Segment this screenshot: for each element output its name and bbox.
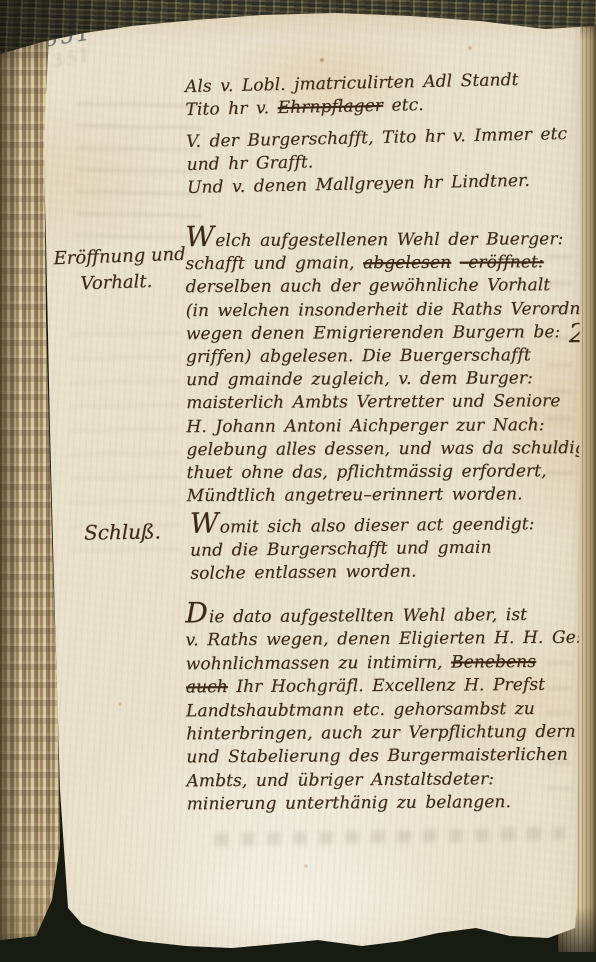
text-line: Landtshaubtmann etc. gehorsambst zu bbox=[186, 697, 582, 723]
text-line: v. Raths wegen, denen Eligierten H. H. G… bbox=[185, 627, 581, 653]
text-segment: minierung unterthänig zu belangen. bbox=[187, 792, 511, 814]
struck-text: abgelesen bbox=[363, 253, 451, 273]
text-segment: ie dato aufgestellten Wehl aber, ist bbox=[209, 605, 527, 627]
margin-note-line: Eröffnung und bbox=[53, 244, 186, 270]
text-segment: Ambts, und übriger Anstaltsdeter: bbox=[186, 769, 494, 791]
text-segment: solche entlassen worden. bbox=[190, 561, 416, 583]
text-line: Die dato aufgestellten Wehl aber, ist bbox=[185, 599, 581, 630]
text-line: wohnlichmassen zu intimirn, Benebens bbox=[186, 650, 582, 676]
text-line: auch Ihr Hochgräfl. Excellenz H. Prefst bbox=[186, 674, 582, 700]
text-segment: wegen denen Emigrierenden Burgern be: bbox=[186, 322, 569, 344]
show-through-ghost bbox=[76, 96, 202, 246]
text-line: (in welchen insonderheit die Raths Veror… bbox=[186, 297, 596, 322]
text-segment bbox=[451, 253, 460, 273]
address-block: Als v. Lobl. jmatriculirten Adl StandtTi… bbox=[185, 68, 569, 200]
text-line: schafft und gmain, abgelesen –eröffnet: bbox=[185, 251, 596, 276]
initial-letter: D bbox=[185, 596, 208, 629]
text-line: Womit sich also dieser act geendigt: bbox=[190, 508, 535, 540]
text-line: und Stabelierung des Burgermaisterlichen bbox=[186, 744, 582, 770]
text-line: und die Burgerschafft und gmain bbox=[190, 536, 535, 563]
margin-note-schluss: Schluß. bbox=[84, 519, 161, 544]
struck-text: –eröffnet: bbox=[460, 252, 544, 272]
text-line: Ambts, und übriger Anstaltsdeter: bbox=[186, 767, 582, 793]
text-segment: Tito hr v. bbox=[185, 98, 278, 120]
text-segment: griffen) abgelesen. Die Buergerschafft bbox=[186, 345, 531, 367]
text-segment: gelebung alles dessen, und was da schuld… bbox=[186, 438, 591, 460]
struck-text: auch bbox=[186, 677, 228, 697]
text-segment: wohnlichmassen zu intimirn, bbox=[186, 652, 451, 674]
text-segment: Ihr Hochgräfl. Excellenz H. Prefst bbox=[228, 675, 545, 697]
struck-text: Benebens bbox=[451, 652, 536, 673]
margin-note-line: Vorhalt. bbox=[80, 270, 187, 295]
text-line: hinterbringen, auch zur Verpflichtung de… bbox=[186, 721, 582, 747]
margin-note-eroeffnung-vorhalt: Eröffnung und Vorhalt. bbox=[53, 244, 187, 296]
text-line: griffen) abgelesen. Die Buergerschafft bbox=[186, 344, 596, 369]
text-segment: H. Johann Antoni Aichperger zur Nach: bbox=[186, 415, 544, 437]
initial-letter: W bbox=[190, 507, 219, 540]
text-segment: Landtshaubtmann etc. gehorsambst zu bbox=[186, 699, 535, 721]
eroeffnung-block: Welch aufgestellenen Wehl der Buerger:sc… bbox=[185, 223, 596, 509]
text-line: minierung unterthänig zu belangen. bbox=[187, 791, 583, 817]
text-segment: schafft und gmain, bbox=[185, 253, 363, 274]
text-segment: hinterbringen, auch zur Verpflichtung de… bbox=[186, 722, 576, 745]
text-line: Welch aufgestellenen Wehl der Buerger: bbox=[185, 223, 596, 253]
text-segment: (in welchen insonderheit die Raths Veror… bbox=[186, 298, 596, 320]
text-line: Mündtlich angetreu–erinnert worden. bbox=[187, 483, 596, 508]
struck-text: Ehrnpflager bbox=[277, 96, 383, 118]
text-line: und gmainde zugleich, v. dem Burger: bbox=[186, 367, 596, 392]
text-line: solche entlassen worden. bbox=[190, 559, 535, 586]
text-segment: Mündtlich angetreu–erinnert worden. bbox=[187, 485, 523, 507]
text-segment: und Stabelierung des Burgermaisterlichen bbox=[186, 745, 568, 768]
manuscript-page: 351 351 Eröffnung und Vorhalt. Schluß. A… bbox=[0, 0, 596, 962]
text-line: derselben auch der gewöhnliche Vorhalt bbox=[186, 274, 596, 299]
text-line: maisterlich Ambts Vertretter und Seniore bbox=[186, 390, 596, 415]
initial-letter: W bbox=[185, 220, 214, 253]
text-segment: etc. bbox=[383, 95, 424, 116]
text-segment: v. Raths wegen, denen Eligierten H. H. G… bbox=[185, 628, 581, 651]
resolution-block: Die dato aufgestellten Wehl aber, istv. … bbox=[185, 599, 583, 817]
schluss-block: Womit sich also dieser act geendigt:und … bbox=[190, 508, 535, 586]
text-line: gelebung alles dessen, und was da schuld… bbox=[186, 437, 596, 462]
text-segment: und die Burgerschafft und gmain bbox=[190, 538, 492, 561]
text-segment: Als v. Lobl. jmatriculirten Adl Standt bbox=[185, 70, 519, 97]
text-segment: derselben auch der gewöhnliche Vorhalt bbox=[186, 276, 551, 298]
text-segment: und hr Grafft. bbox=[186, 152, 313, 175]
text-segment: maisterlich Ambts Vertretter und Seniore bbox=[186, 392, 560, 414]
text-segment: und gmainde zugleich, v. dem Burger: bbox=[186, 369, 533, 391]
book-scan: 351 351 Eröffnung und Vorhalt. Schluß. A… bbox=[0, 0, 596, 962]
text-segment: thuet ohne das, pflichtmässig erfordert, bbox=[187, 461, 547, 483]
text-segment: elch aufgestellenen Wehl der Buerger: bbox=[215, 229, 563, 251]
text-segment: omit sich also dieser act geendigt: bbox=[220, 514, 535, 537]
text-line: H. Johann Antoni Aichperger zur Nach: bbox=[186, 414, 596, 439]
text-line: wegen denen Emigrierenden Burgern be: 2 bbox=[186, 321, 596, 346]
text-line: thuet ohne das, pflichtmässig erfordert, bbox=[187, 460, 596, 485]
